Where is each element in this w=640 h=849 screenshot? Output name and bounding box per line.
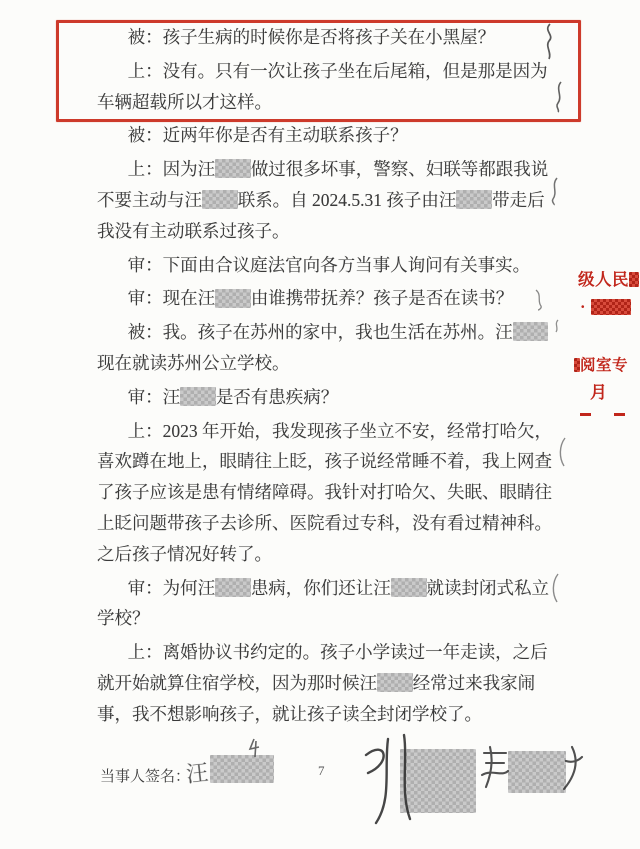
stamp-line3: 阅室专 — [574, 358, 628, 374]
signature-label: 当事人签名： — [100, 765, 190, 786]
censored-name — [391, 578, 427, 597]
censored-signature — [210, 755, 274, 783]
ink-mark — [533, 288, 544, 312]
censored-name — [202, 190, 238, 209]
transcript-paragraph: 被：孩子生病的时候你是否将孩子关在小黑屋？ — [97, 22, 552, 53]
ink-mark — [556, 436, 568, 468]
censored-name — [215, 289, 251, 308]
censored-name — [513, 322, 549, 341]
censored-name — [215, 578, 251, 597]
stamp-cutoff-char — [629, 272, 639, 287]
scanned-court-transcript-page: 被：孩子生病的时候你是否将孩子关在小黑屋？ 上：没有。只有一次让孩子坐在后尾箱，… — [0, 0, 640, 849]
censored-stamp-text — [591, 299, 631, 315]
signature-surname: 汪 — [184, 756, 209, 789]
censored-name — [456, 190, 492, 209]
ink-mark — [548, 176, 561, 206]
transcript-paragraph: 被：我。孩子在苏州的家中，我也生活在苏州。汪现在就读苏州公立学校。 — [97, 317, 552, 379]
transcript-paragraph: 被：近两年你是否有主动联系孩子？ — [97, 120, 552, 151]
transcript-paragraph: 审：为何汪患病，你们还让汪就读封闭式私立学校？ — [97, 573, 552, 635]
ink-mark — [552, 318, 561, 334]
ink-mark — [549, 572, 561, 604]
ink-mark — [552, 80, 566, 114]
signature-row: 当事人签名： 汪 7 — [0, 735, 640, 845]
stamp-dash — [614, 413, 625, 416]
censored-name — [180, 387, 216, 406]
transcript-paragraph: 审：汪是否有患疾病？ — [97, 382, 552, 413]
transcript-text: 被：孩子生病的时候你是否将孩子关在小黑屋？ 上：没有。只有一次让孩子坐在后尾箱，… — [97, 22, 552, 733]
transcript-paragraph: 上：离婚协议书约定的。孩子小学读过一年走读，之后就开始就算住宿学校，因为那时候汪… — [97, 637, 552, 729]
signature-stroke — [246, 737, 262, 759]
transcript-paragraph: 审：下面由合议庭法官向各方当事人询问有关事实。 — [97, 250, 552, 281]
stamp-dash — [580, 413, 591, 416]
signature-stroke — [476, 739, 586, 805]
transcript-paragraph: 上：因为汪做过很多坏事，警察、妇联等都跟我说不要主动与汪联系。自 2024.5.… — [97, 154, 552, 246]
transcript-paragraph: 上：2023 年开始，我发现孩子坐立不安，经常打哈欠，喜欢蹲在地上，眼睛往上眨，… — [97, 416, 552, 570]
censored-name — [215, 159, 251, 178]
ink-mark — [540, 22, 558, 62]
stamp-line1: 级人民 — [578, 272, 639, 289]
signature-stroke — [352, 729, 472, 829]
censored-name — [377, 673, 413, 692]
stamp-line4: 月 — [590, 384, 608, 401]
transcript-paragraph: 上：没有。只有一次让孩子坐在后尾箱，但是那是因为车辆超载所以才这样。 — [97, 56, 552, 118]
page-number: 7 — [318, 763, 325, 779]
stamp-line2-censored: · — [580, 299, 631, 316]
transcript-paragraph: 审：现在汪由谁携带抚养？孩子是否在读书？ — [97, 283, 552, 314]
